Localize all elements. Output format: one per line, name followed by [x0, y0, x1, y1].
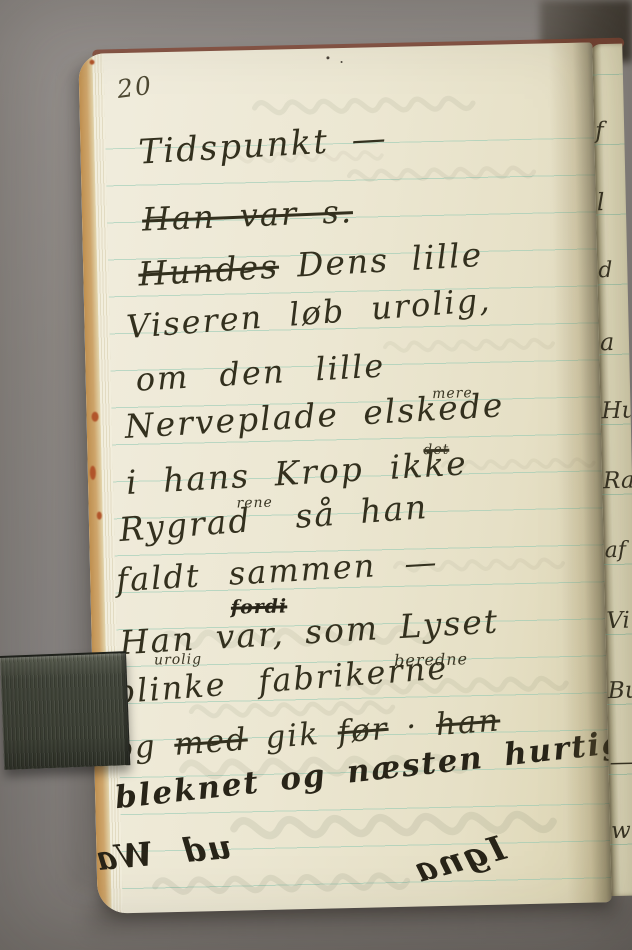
facing-page-fragment: af — [604, 538, 626, 563]
rust-spot — [91, 412, 98, 422]
metal-clamp — [0, 651, 130, 770]
rust-spot — [89, 60, 94, 65]
dust-speck — [326, 56, 329, 59]
struck-insertion-above-line-7: det — [423, 442, 449, 459]
open-notebook: f l d a Hu Ra af Vi Bu — w — [78, 42, 632, 918]
facing-page-fragment: w — [611, 818, 631, 844]
facing-page-fragment: Ra — [603, 467, 632, 494]
rust-spot — [90, 466, 96, 480]
insertion-above-line-6: mere — [432, 385, 473, 402]
archive-photo-notebook-page: f l d a Hu Ra af Vi Bu — w — [0, 0, 632, 950]
facing-page-fragment: Vi — [606, 608, 630, 635]
facing-page-fragment: l — [596, 188, 604, 216]
facing-page-fragment: a — [600, 328, 615, 356]
insertion-above-line-8: rene — [236, 495, 273, 512]
facing-page-fragment: Hu — [601, 397, 632, 424]
facing-page-fragment: f — [595, 118, 604, 144]
facing-page-fragment: Bu — [608, 677, 632, 704]
dust-speck — [341, 61, 343, 63]
notebook-page: 20 Tidspunkt — Han var s. HundesDens lil… — [78, 42, 611, 913]
facing-page-fragment: — — [609, 748, 632, 777]
facing-page-fragment: d — [598, 258, 613, 283]
rust-spot — [97, 512, 102, 520]
page-number: 20 — [115, 71, 154, 104]
insertion-above-line-11: urolig — [154, 651, 202, 668]
